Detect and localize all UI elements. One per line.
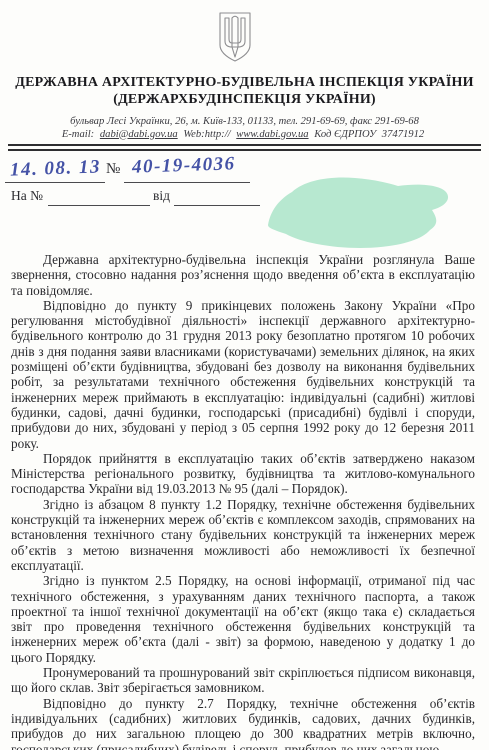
reply-to-label: На № — [11, 188, 43, 204]
redaction-blob-shape — [268, 178, 448, 248]
handwritten-date: 14. 08. 13 — [10, 156, 102, 181]
web-text: www.dabi.gov.ua — [236, 129, 308, 140]
edrpou-value: 37471912 — [382, 129, 424, 140]
org-name-secondary: (ДЕРЖАРХБУДІНСПЕКЦІЯ УКРАЇНИ) — [0, 92, 489, 109]
reply-date-blank — [174, 204, 260, 206]
reply-from-label: від — [153, 188, 170, 204]
header-separator — [8, 144, 481, 151]
redaction-highlight — [260, 170, 455, 260]
edrpou-label: Код ЄДРПОУ — [314, 129, 376, 140]
body-paragraph: Згідно із пунктом 2.5 Порядку, на основі… — [11, 573, 475, 665]
email-label: E-mail: — [62, 129, 94, 140]
body-paragraph: Пронумерований та прошнурований звіт скр… — [11, 665, 475, 696]
number-blank-line — [124, 181, 250, 183]
number-sign: № — [106, 161, 120, 178]
date-blank-line — [5, 181, 105, 183]
body-paragraph: Відповідно до пункту 9 прикінцевих полож… — [11, 298, 475, 451]
web-label: Web:http:// — [183, 129, 230, 140]
org-name: ДЕРЖАВНА АРХІТЕКТУРНО-БУДІВЕЛЬНА ІНСПЕКЦ… — [0, 75, 489, 108]
email-text: dabi@dabi.gov.ua — [100, 129, 178, 140]
body-paragraph: Державна архітектурно-будівельна інспекц… — [11, 252, 475, 298]
ukraine-trident-icon — [215, 11, 255, 63]
reply-number-blank — [48, 204, 150, 206]
handwritten-number: 40-19-4036 — [132, 153, 236, 179]
org-contacts-line: E-mail: dabi@dabi.gov.ua Web:http:// www… — [0, 129, 489, 142]
org-address-line: бульвар Лесі Українки, 26, м. Київ-133, … — [0, 116, 489, 129]
org-name-primary: ДЕРЖАВНА АРХІТЕКТУРНО-БУДІВЕЛЬНА ІНСПЕКЦ… — [0, 75, 489, 92]
org-address-block: бульвар Лесі Українки, 26, м. Київ-133, … — [0, 116, 489, 141]
scanned-letter-page: ДЕРЖАВНА АРХІТЕКТУРНО-БУДІВЕЛЬНА ІНСПЕКЦ… — [0, 0, 489, 750]
body-paragraph: Порядок прийняття в експлуатацію таких о… — [11, 451, 475, 497]
body-paragraph: Згідно із абзацом 8 пункту 1.2 Порядку, … — [11, 497, 475, 573]
body-paragraph: Відповідно до пункту 2.7 Порядку, техніч… — [11, 696, 475, 750]
letter-body: Державна архітектурно-будівельна інспекц… — [11, 252, 475, 750]
